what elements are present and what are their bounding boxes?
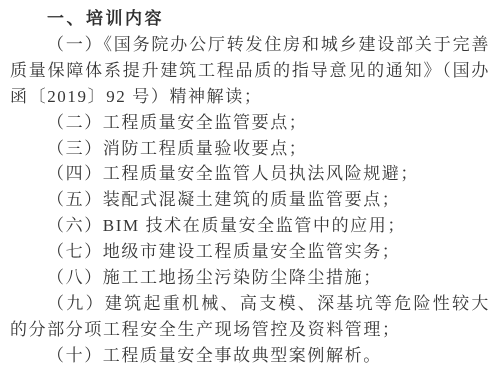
training-item-5: （五）装配式混凝土建筑的质量监管要点；	[10, 187, 490, 213]
training-item-9: （九）建筑起重机械、高支模、深基坑等危险性较大的分部分项工程安全生产现场管控及资…	[10, 291, 490, 343]
training-item-6: （六）BIM 技术在质量安全监管中的应用；	[10, 213, 490, 239]
training-item-10: （十）工程质量安全事故典型案例解析。	[10, 343, 490, 369]
document-body: 一、培训内容 （一）《国务院办公厅转发住房和城乡建设部关于完善质量保障体系提升建…	[10, 6, 490, 369]
training-item-4: （四）工程质量安全监管人员执法风险规避；	[10, 161, 490, 187]
document-page: 一、培训内容 （一）《国务院办公厅转发住房和城乡建设部关于完善质量保障体系提升建…	[0, 0, 500, 377]
training-item-2: （二）工程质量安全监管要点；	[10, 110, 490, 136]
training-item-1: （一）《国务院办公厅转发住房和城乡建设部关于完善质量保障体系提升建筑工程品质的指…	[10, 32, 490, 110]
training-item-8: （八）施工工地扬尘污染防尘降尘措施；	[10, 265, 490, 291]
training-item-3: （三）消防工程质量验收要点；	[10, 136, 490, 162]
section-heading: 一、培训内容	[10, 6, 490, 32]
training-item-7: （七）地级市建设工程质量安全监管实务；	[10, 239, 490, 265]
